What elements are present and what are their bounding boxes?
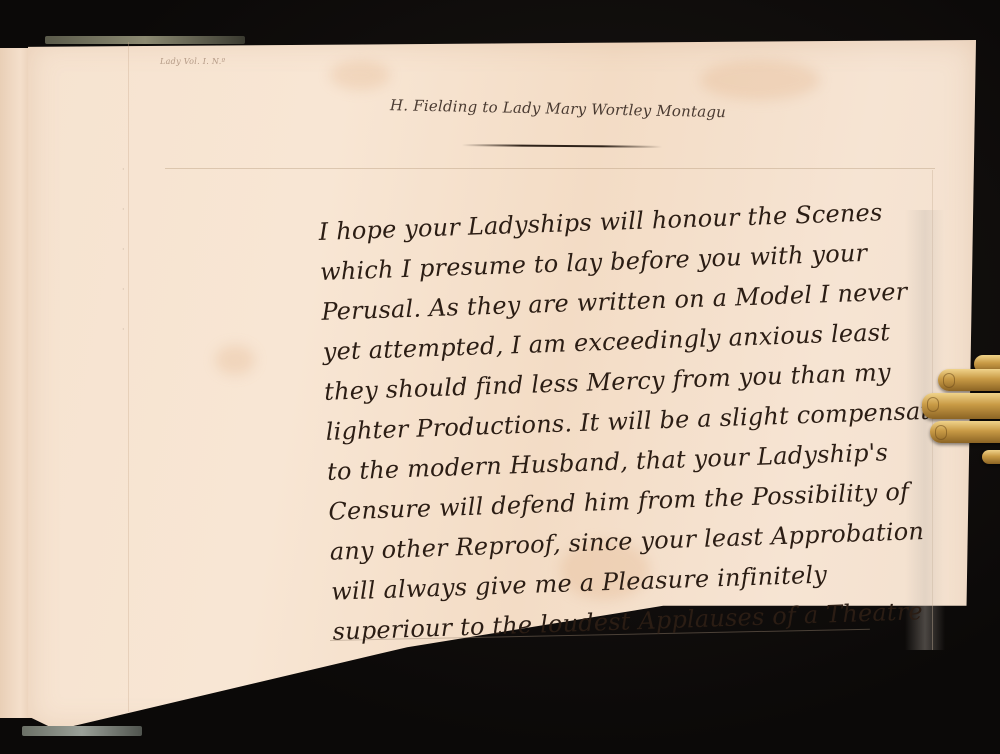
handwritten-letter: I hope your Ladyships will honour the Sc… bbox=[318, 192, 893, 651]
foxing-stain bbox=[700, 60, 820, 100]
clip-finger bbox=[930, 421, 1000, 443]
clip-finger bbox=[982, 450, 1000, 464]
book-photograph: Lady Vol. I. N.º ····· H. Fielding to La… bbox=[0, 0, 1000, 754]
margin-marks: ····· bbox=[122, 150, 125, 350]
gold-hand-page-holder bbox=[920, 355, 1000, 465]
page-fold-line bbox=[128, 42, 129, 712]
clip-finger bbox=[922, 393, 1000, 419]
plate-reference-mark: Lady Vol. I. N.º bbox=[160, 57, 226, 66]
clip-finger bbox=[938, 369, 1000, 391]
foxing-stain bbox=[215, 345, 255, 375]
book-cover-edge-bottom bbox=[22, 726, 142, 736]
foxing-stain bbox=[330, 60, 390, 90]
plate-mark-top bbox=[165, 168, 935, 169]
book-cover-edge-top bbox=[45, 36, 245, 44]
